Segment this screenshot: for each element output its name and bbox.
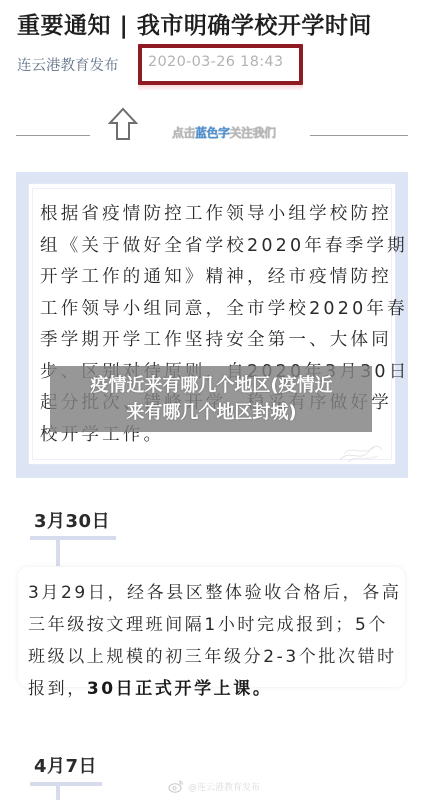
intro-line: 组《关于做好全省学校2020年春季学期: [40, 231, 386, 263]
watermark: @连云港教育发布: [168, 776, 260, 796]
weibo-logo-icon: [168, 778, 184, 794]
flourish-ornament-icon: [336, 440, 384, 466]
schedule-line-last: 报到，30日正式开学上课。: [28, 673, 398, 705]
article-title: 重要通知 | 我市明确学校开学时间: [17, 7, 372, 40]
divider-right: [310, 135, 408, 136]
timeline-stem: [56, 786, 60, 800]
follow-highlight[interactable]: 蓝色字: [195, 126, 230, 140]
schedule-text: 3月29日，经各县区整体验收合格后，各高 三年级按文理班间隔1小时完成报到；5个…: [28, 577, 398, 705]
caption-line-1: 疫情近来有哪几个地区(疫情近: [20, 372, 403, 399]
divider-left: [16, 135, 90, 136]
follow-suffix: 关注我们: [230, 126, 276, 140]
timeline-tick: [30, 782, 102, 786]
publish-time: 2020-03-26 18:43: [148, 54, 283, 70]
intro-line: 开学工作的通知》精神，经市疫情防控: [40, 262, 386, 294]
intro-line: 根据省疫情防控工作领导小组学校防控: [40, 199, 386, 231]
follow-prefix: 点击: [172, 126, 195, 140]
schedule-line-emphasis: 30日正式开学上课。: [87, 679, 273, 699]
publisher-link[interactable]: 连云港教育发布: [17, 54, 119, 75]
intro-line: 季学期开学工作坚持安全第一、大体同: [40, 325, 386, 357]
up-arrow-icon: [108, 107, 138, 141]
section-heading-apr7: 4月7日: [34, 752, 97, 778]
schedule-line-prefix: 报到，: [28, 679, 87, 699]
caption-overlay: 疫情近来有哪几个地区(疫情近 来有哪几个地区封城): [20, 366, 403, 426]
caption-line-2: 来有哪几个地区封城): [20, 399, 403, 426]
timeline-stem: [56, 540, 60, 566]
follow-prompt[interactable]: 点击蓝色字关注我们: [172, 124, 276, 141]
watermark-text: @连云港教育发布: [188, 780, 260, 793]
schedule-line: 三年级按文理班间隔1小时完成报到；5个: [28, 609, 398, 641]
timeline-tick: [30, 536, 116, 540]
schedule-line: 3月29日，经各县区整体验收合格后，各高: [28, 577, 398, 609]
section-heading-mar30: 3月30日: [34, 507, 110, 533]
intro-line: 工作领导小组同意，全市学校2020年春: [40, 294, 386, 326]
schedule-line: 班级以上规模的初三年级分2-3个批次错时: [28, 641, 398, 673]
highlight-box-shadow: [138, 85, 303, 91]
